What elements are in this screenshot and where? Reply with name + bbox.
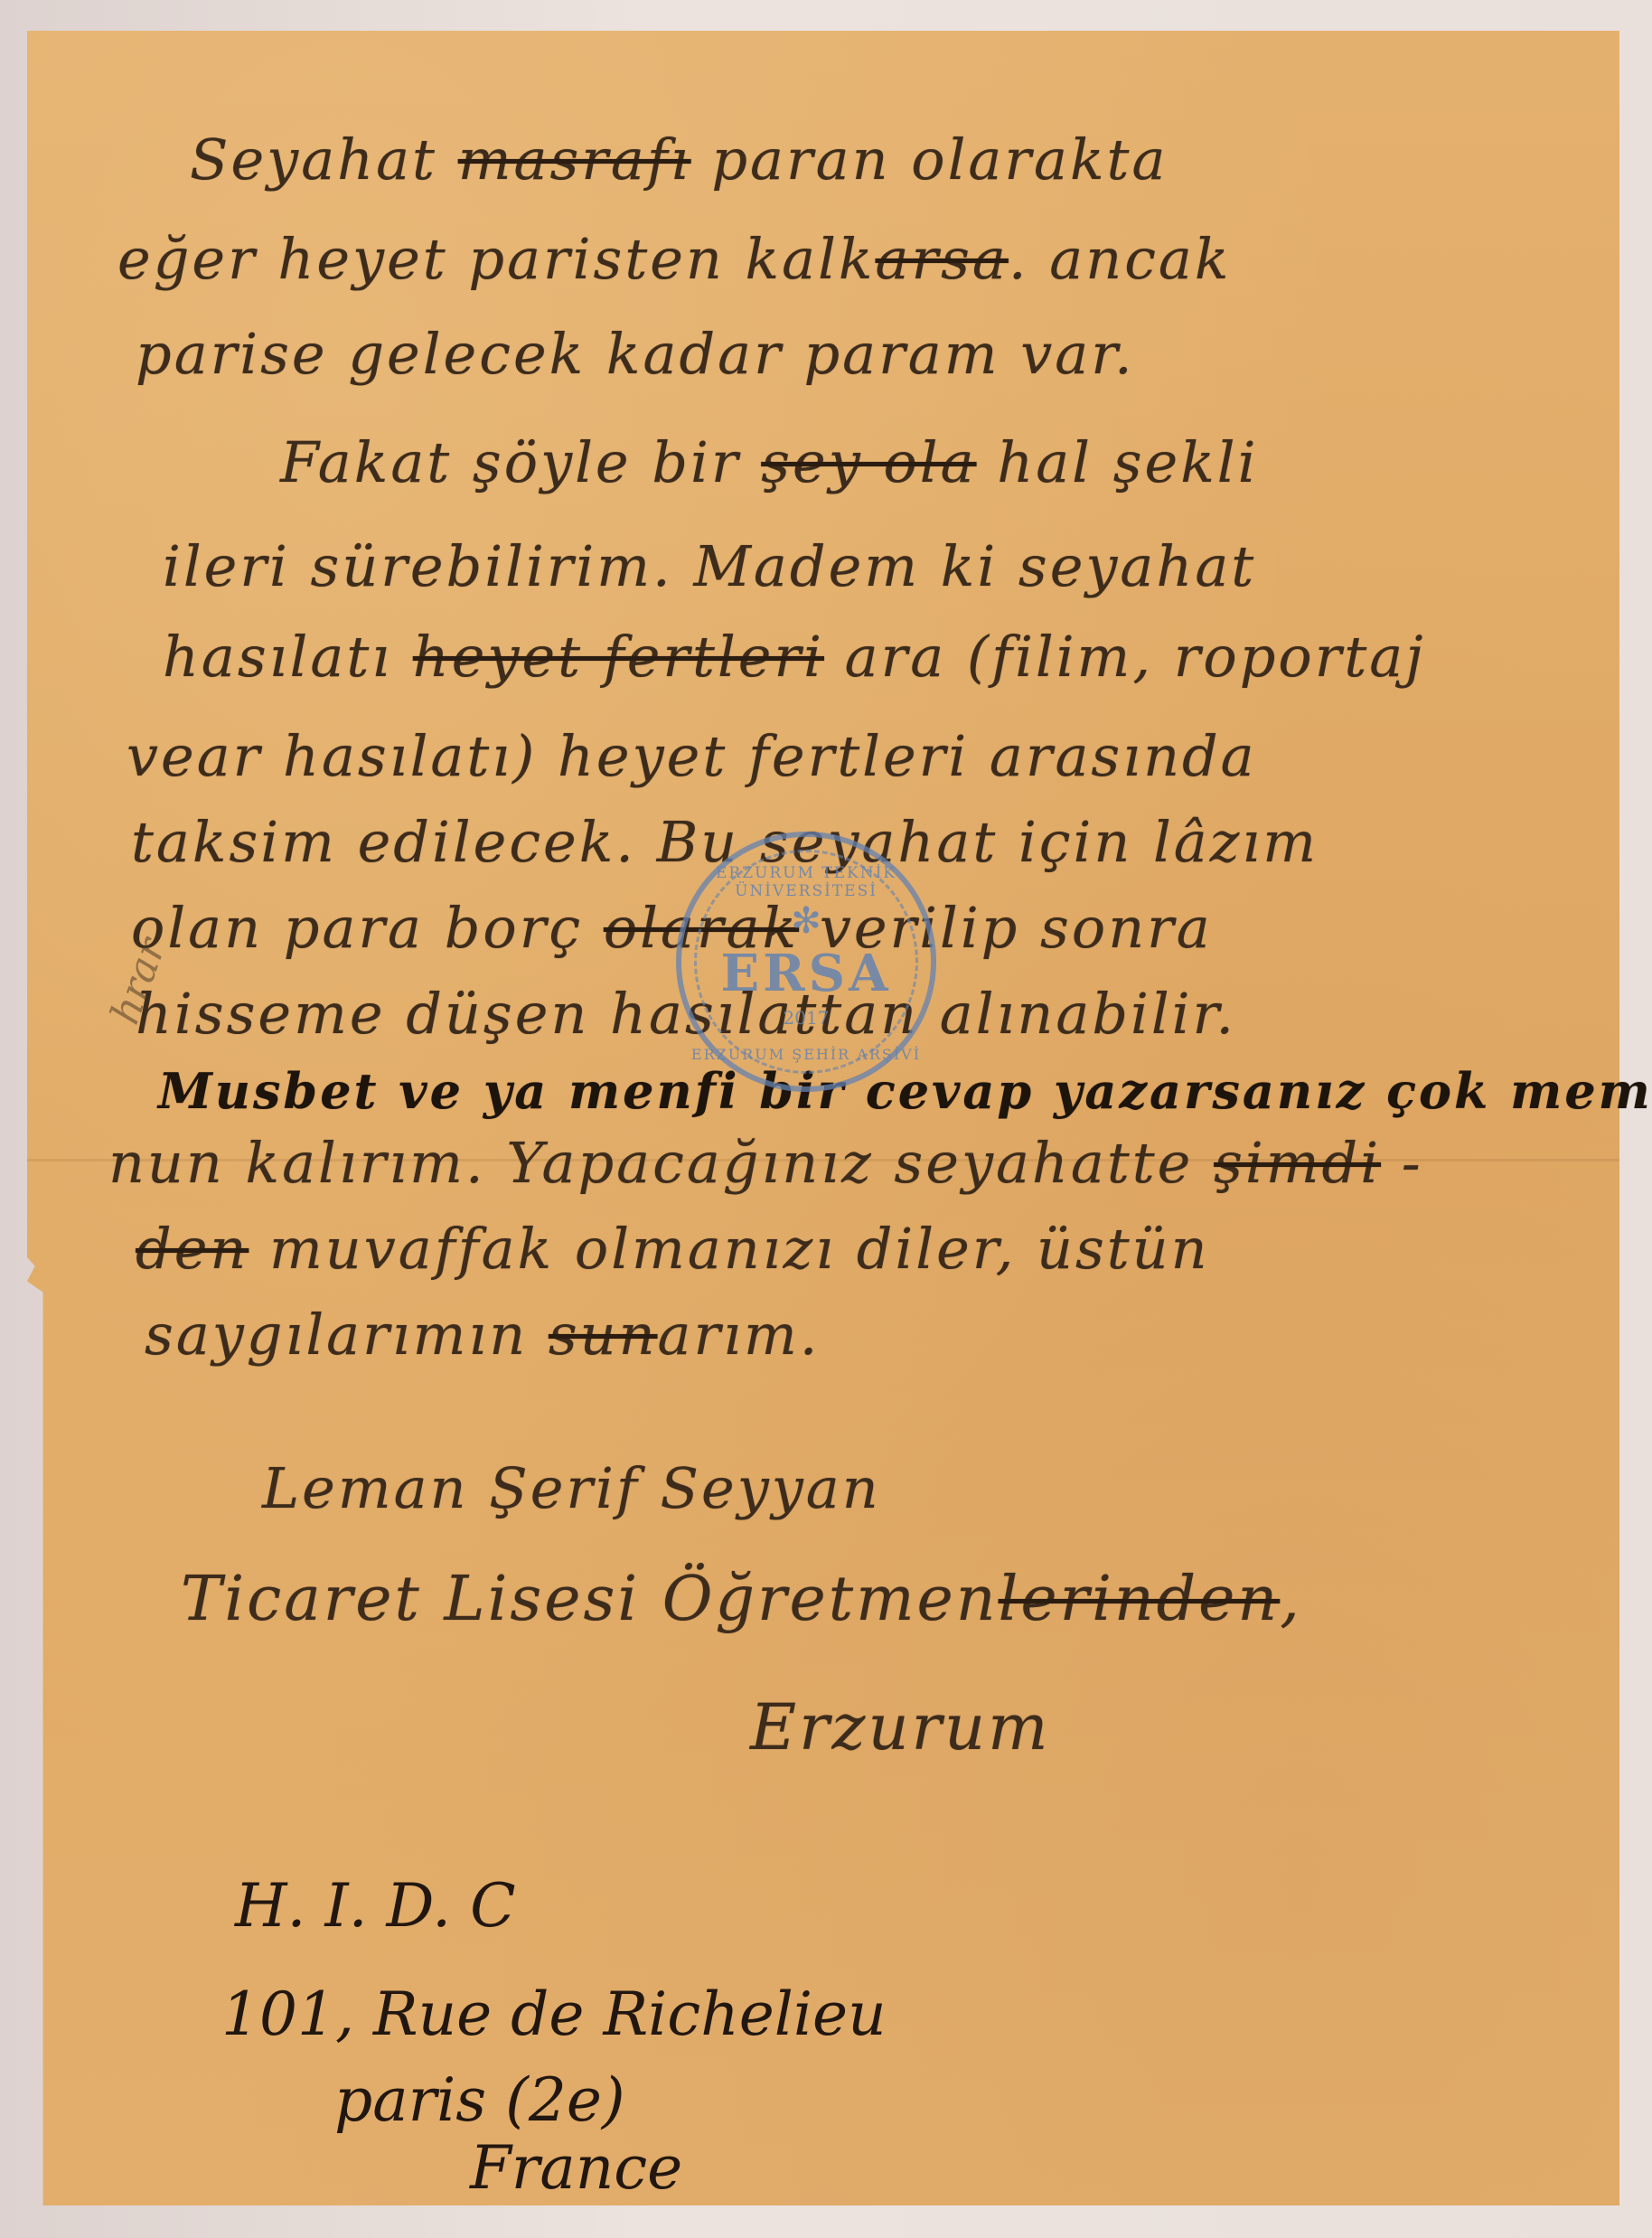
line-text: nun kalırım. Yapacağınız seyahatte <box>108 1130 1214 1196</box>
body-line-12: nun kalırım. Yapacağınız seyahatte şimdi… <box>108 1130 1423 1196</box>
struck-text: arsa <box>876 226 1009 292</box>
line-text: paran olarakta <box>691 127 1169 193</box>
stamp-year: 2017 <box>681 1007 931 1029</box>
struck-text: şimdi <box>1214 1130 1381 1196</box>
struck-text: heyet fertleri <box>413 624 824 690</box>
struck-text: lerinden <box>999 1564 1281 1635</box>
line-text: vear hasılatı) heyet fertleri arasında <box>127 723 1257 789</box>
line-text: hasılatı <box>163 624 413 690</box>
struck-text: masrafı <box>458 127 691 193</box>
stamp-ring-bottom-text: ERZURUM ŞEHİR ARŞİVİ <box>681 1046 931 1063</box>
body-line-11-inserted: Musbet ve ya menfi bir cevap yazarsanız … <box>158 1062 1652 1120</box>
address-line-2: 101, Rue de Richelieu <box>221 1979 887 2049</box>
line-text: ileri sürebilirim. Madem ki seyahat <box>163 533 1256 599</box>
signature-name: Leman Şerif Seyyan <box>262 1455 881 1521</box>
line-text: Fakat şöyle bir <box>280 429 761 495</box>
signature-city: Erzurum <box>750 1690 1050 1764</box>
line-text: olan para borç <box>131 895 604 961</box>
signature-title: Ticaret Lisesi Öğretmenlerinden, <box>181 1564 1302 1635</box>
line-text: arım. <box>658 1302 821 1368</box>
line-text: Leman Şerif Seyyan <box>262 1455 881 1521</box>
body-line-9: olan para borç olarak verilip sonra <box>131 895 1213 961</box>
body-line-2: eğer heyet paristen kalkarsa. ancak <box>117 226 1231 292</box>
line-text: Musbet ve ya menfi bir cevap yazarsanız … <box>158 1062 1652 1120</box>
snowflake-emblem-icon: ✻ <box>681 900 931 942</box>
line-text: ara (filim, roportaj <box>824 624 1426 690</box>
body-line-13: den muvaffak olmanızı diler, üstün <box>136 1216 1210 1282</box>
line-text: hal şekli <box>977 429 1259 495</box>
line-text: muvaffak olmanızı diler, üstün <box>249 1216 1209 1282</box>
struck-text: sun <box>549 1302 658 1368</box>
line-text: parise gelecek kadar param var. <box>136 321 1135 387</box>
line-text: eğer heyet paristen kalk <box>117 226 876 292</box>
body-line-5: ileri sürebilirim. Madem ki seyahat <box>163 533 1256 599</box>
line-text: , <box>1280 1564 1302 1635</box>
struck-text: den <box>136 1216 249 1282</box>
stamp-ring-top-text: ERZURUM TEKNİK ÜNİVERSİTESİ <box>681 864 931 900</box>
archive-stamp: ERZURUM TEKNİK ÜNİVERSİTESİ ✻ ERSA 2017 … <box>676 832 936 1092</box>
body-line-4: Fakat şöyle bir şey ola hal şekli <box>280 429 1258 495</box>
address-line-3: paris (2e) <box>334 2065 625 2135</box>
line-text: Ticaret Lisesi Öğretmen <box>181 1564 999 1635</box>
body-line-6: hasılatı heyet fertleri ara (filim, ropo… <box>163 624 1426 690</box>
line-text: saygılarımın <box>145 1302 549 1368</box>
line-text: Erzurum <box>750 1690 1050 1764</box>
body-line-14: saygılarımın sunarım. <box>145 1302 820 1368</box>
address-line-4: France <box>470 2133 682 2203</box>
body-line-1: Seyahat masrafı paran olarakta <box>190 127 1168 193</box>
line-text: - <box>1381 1130 1423 1196</box>
body-line-3: parise gelecek kadar param var. <box>136 321 1135 387</box>
body-line-7: vear hasılatı) heyet fertleri arasında <box>127 723 1257 789</box>
line-text: . ancak <box>1009 226 1232 292</box>
address-line-1: H. I. D. C <box>235 1871 516 1941</box>
line-text: Seyahat <box>190 127 458 193</box>
stamp-center-text: ERSA <box>681 944 931 1003</box>
struck-text: şey ola <box>761 429 976 495</box>
